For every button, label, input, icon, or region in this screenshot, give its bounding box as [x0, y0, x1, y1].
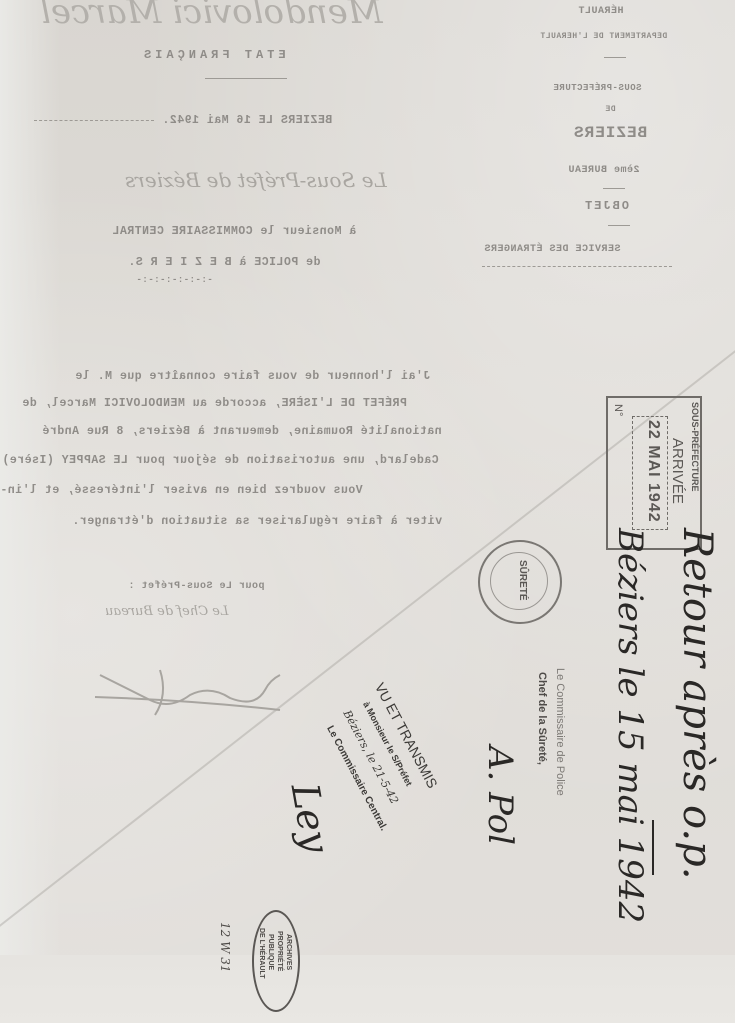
bleed-body-line: viter à faire régulariser sa situation d… — [72, 515, 442, 528]
bleed-rule — [205, 78, 287, 79]
bleed-recipient-1: à Monsieur le COMMISSAIRE CENTRAL — [112, 225, 356, 238]
handwritten-underline — [652, 820, 654, 875]
handwritten-return-note: Retour après o.p. — [674, 528, 720, 879]
bleed-body-line: nationalité Roumaine, demeurant à Bézier… — [42, 425, 442, 438]
bleed-body-line: J'ai l'honneur de vous faire connaître q… — [75, 370, 430, 383]
bleed-handwritten-name: Mendolovici Marcel — [40, 0, 383, 32]
bleed-recipient-underline: -:-:-:-:-:-:- — [136, 275, 213, 285]
bleed-header-8: SERVICE DES ÉTRANGERS — [484, 244, 621, 255]
arrival-stamp-label: ARRIVÉE — [669, 438, 686, 504]
arrival-stamp-date: 22 MAI 1942 — [644, 420, 662, 523]
bleed-body-line: Cadelard, une autorisation de séjour pou… — [2, 454, 439, 467]
bleed-body-line: PRÉFET DE L'ISÈRE, accorde au MENDOLOVIC… — [22, 397, 407, 410]
bleed-header-3: SOUS-PRÉFECTURE — [553, 83, 642, 93]
bleed-closing-1: pour Le Sous-Préfet : — [128, 581, 265, 592]
archives-stamp-line-2: PROPRIÉTÉ — [276, 931, 283, 971]
bleed-signature-scribble — [90, 640, 290, 720]
bleed-header-7: OBJET — [583, 199, 629, 213]
arrival-stamp: N° 22 MAI 1942 ARRIVÉE SOUS-PRÉFECTURE — [606, 396, 702, 550]
paper-shadow — [0, 0, 60, 960]
bleed-sender-signature: Le Sous-Préfet de Béziers — [125, 168, 387, 192]
bleed-closing-2: Le Chef de Bureau — [105, 604, 229, 619]
bleed-header-4: DE — [605, 105, 616, 114]
bleed-header-1: HÉRAULT — [578, 6, 624, 17]
police-circle-stamp-center: SÛRETÉ — [517, 560, 528, 601]
bleed-header-6: 2ème BUREAU — [568, 165, 640, 176]
bleed-rule — [604, 57, 626, 58]
bleed-header-5: BEZIERS — [573, 124, 647, 142]
arrival-stamp-top-label: SOUS-PRÉFECTURE — [690, 402, 700, 492]
police-signature-line-1: Le Commissaire de Police — [554, 668, 566, 796]
archives-stamp: ARCHIVES PROPRIÉTÉ PUBLIQUE DE L'HÉRAULT — [252, 910, 300, 1012]
police-circle-stamp: SÛRETÉ — [478, 540, 562, 624]
arrival-stamp-number-label: N° — [612, 404, 624, 416]
bleed-body-line: Vous voudrez bien en aviser l'intéressé,… — [0, 484, 363, 497]
bleed-rule — [34, 120, 154, 121]
bleed-state-heading: ETAT FRANÇAIS — [140, 48, 286, 62]
bleed-rule — [608, 225, 630, 226]
archives-stamp-line-1: ARCHIVES — [285, 934, 292, 970]
archive-reference: 12 W 31 — [218, 922, 232, 973]
police-signature-line-2: Chef de la Sûreté, — [536, 672, 548, 765]
archives-stamp-line-3: PUBLIQUE — [267, 934, 274, 970]
archives-stamp-line-4: DE L'HÉRAULT — [258, 928, 265, 979]
bleed-rule — [603, 188, 625, 189]
police-signature: A. Pol — [480, 746, 520, 845]
bleed-header-2: DÉPARTEMENT DE L'HÉRAULT — [540, 32, 667, 41]
bleed-recipient-2: de POLICE à B E Z I E R S. — [128, 256, 320, 269]
bleed-date-line: BEZIERS LE 16 Mai 1942. — [162, 114, 332, 127]
paper-edge — [0, 955, 735, 1023]
handwritten-date-note: Béziers le 15 mai 1942 — [610, 528, 650, 923]
bleed-rule — [482, 266, 672, 267]
